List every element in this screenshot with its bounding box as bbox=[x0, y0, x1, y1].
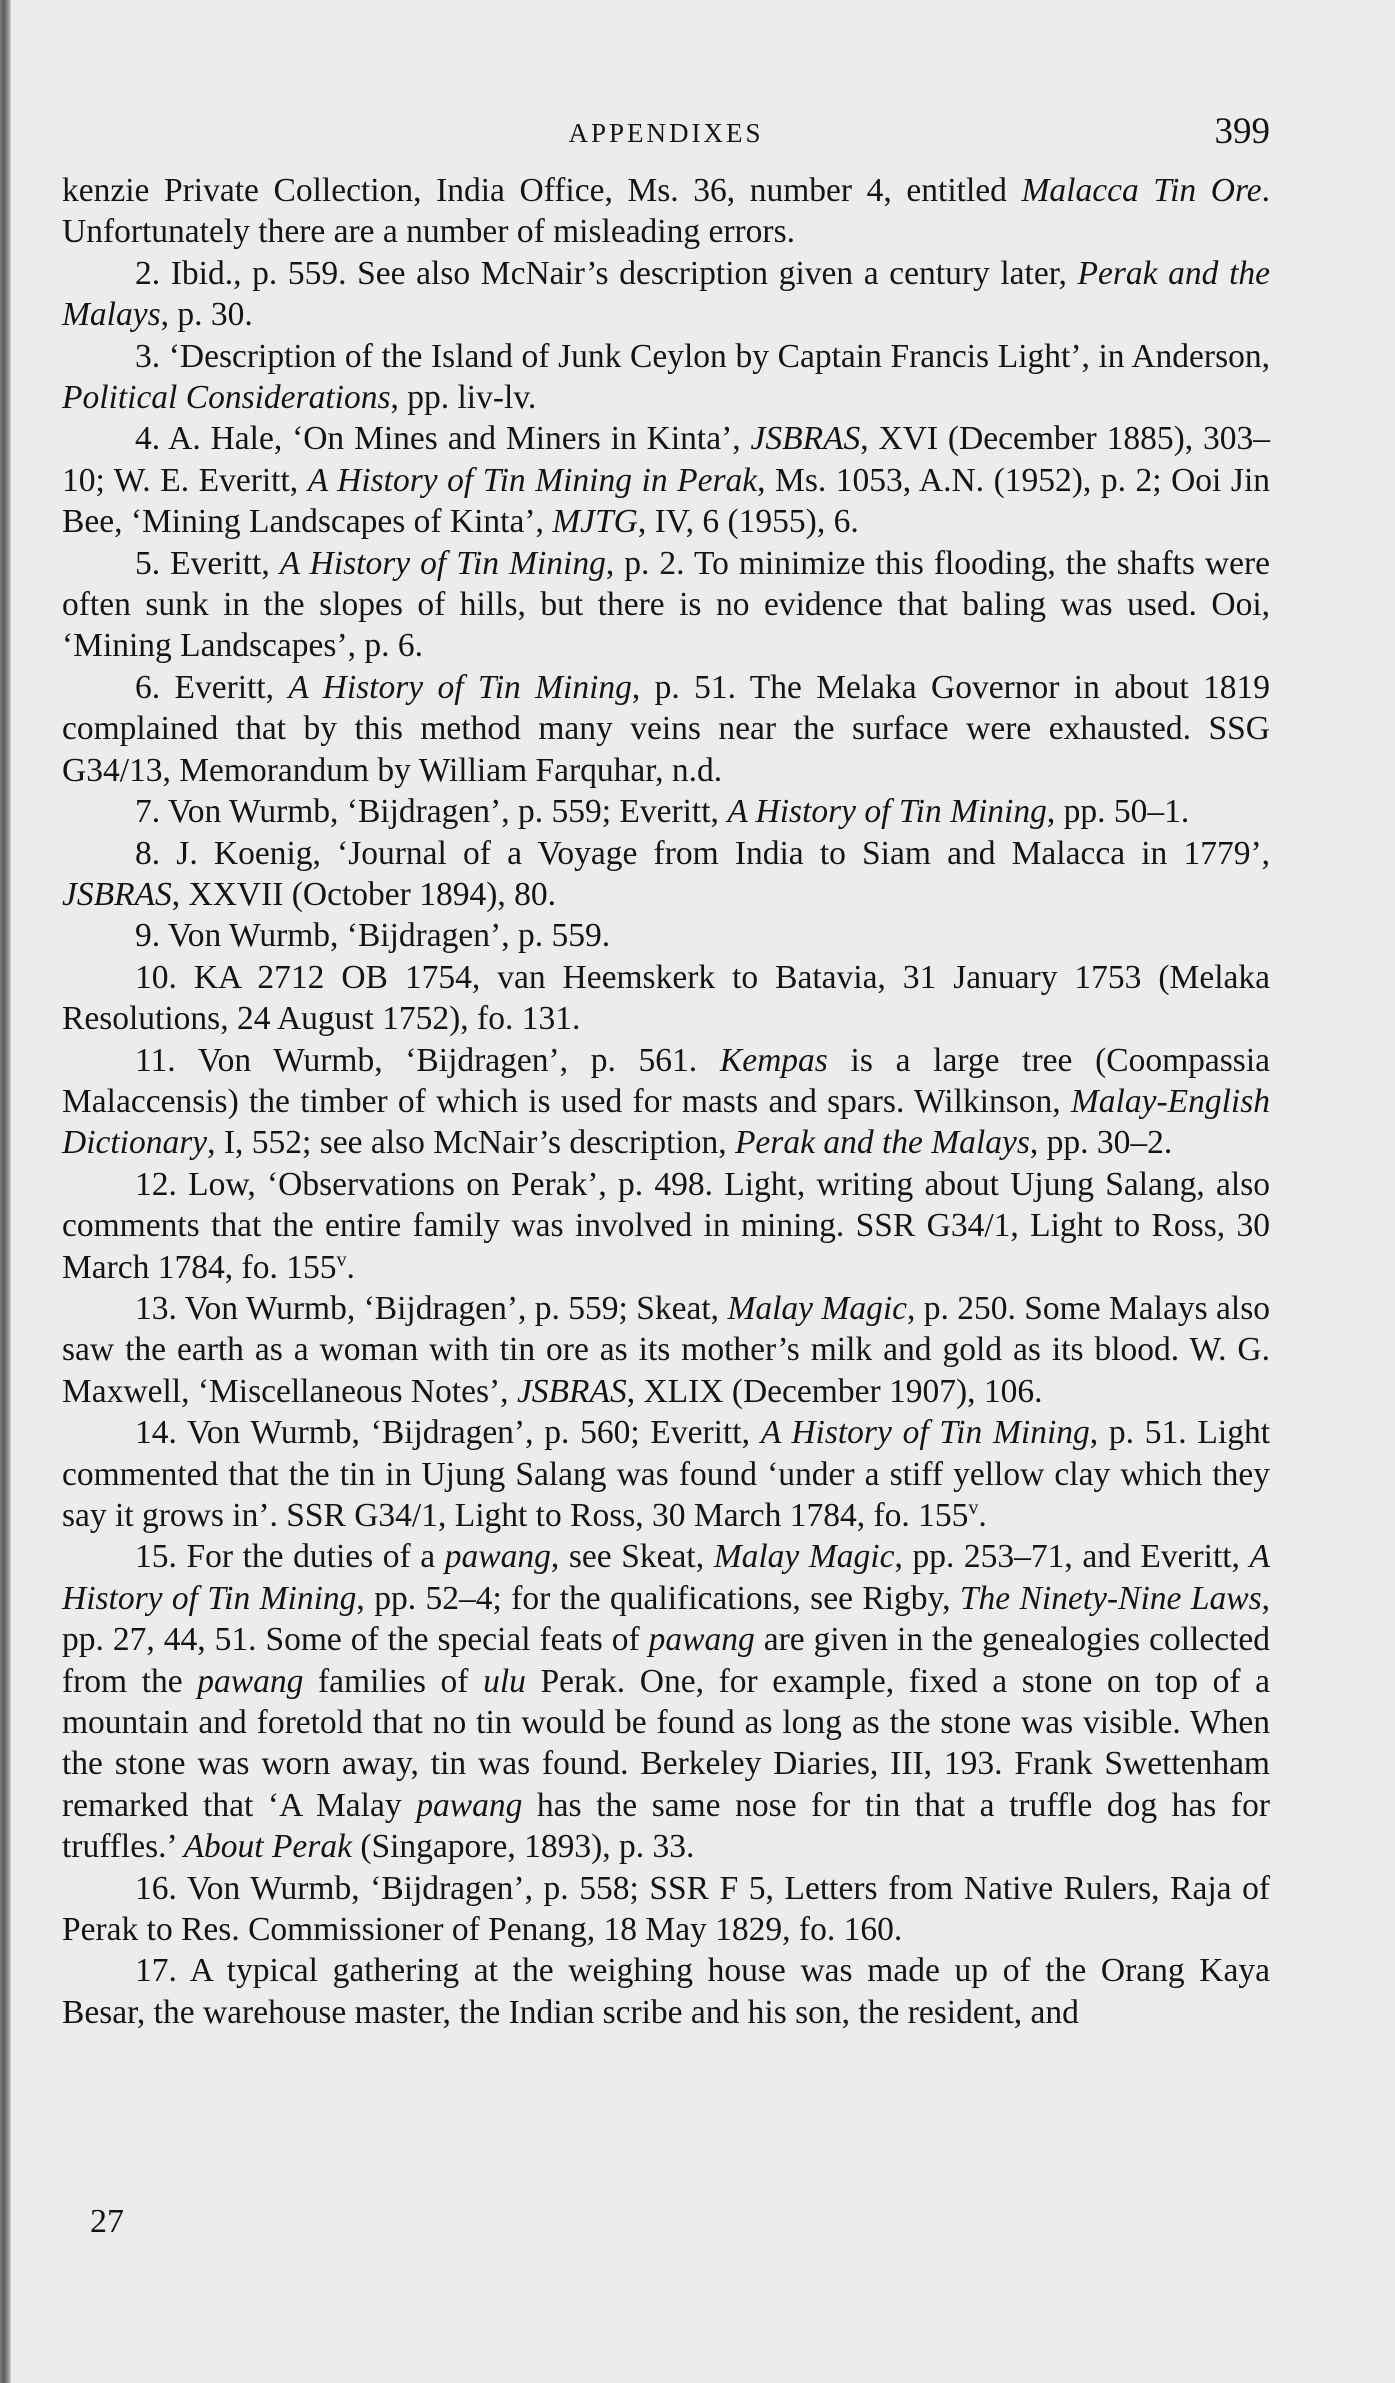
note-text: Everitt, bbox=[170, 545, 280, 582]
note-text: , pp. 52–4; for the qualifications, see … bbox=[356, 1580, 959, 1617]
italic-title: JSBRAS bbox=[62, 876, 172, 913]
endnote-number: 17. bbox=[135, 1952, 190, 1989]
endnotes-list: kenzie Private Collection, India Office,… bbox=[62, 170, 1270, 2033]
endnote-number: 3. bbox=[135, 338, 169, 375]
endnote: 6. Everitt, A History of Tin Mining, p. … bbox=[62, 667, 1270, 791]
endnote-number: 14. bbox=[135, 1414, 187, 1451]
endnote: 10. KA 2712 OB 1754, van Heemskerk to Ba… bbox=[62, 957, 1270, 1040]
page-binding-edge bbox=[0, 0, 11, 2383]
note-text: Low, ‘Observations on Perak’, p. 498. Li… bbox=[62, 1166, 1270, 1286]
italic-title: Perak and the Malays bbox=[735, 1124, 1030, 1161]
italic-title: Political Considerations bbox=[62, 379, 391, 416]
italic-title: pawang bbox=[445, 1538, 551, 1575]
endnote: 16. Von Wurmb, ‘Bijdragen’, p. 558; SSR … bbox=[62, 1868, 1270, 1951]
endnote-number: 2. bbox=[135, 255, 171, 292]
note-text: , pp. 30–2. bbox=[1030, 1124, 1172, 1161]
note-text: KA 2712 OB 1754, van Heemskerk to Batavi… bbox=[62, 959, 1270, 1037]
note-text: Ibid., p. 559. See also McNair’s descrip… bbox=[171, 255, 1078, 292]
endnote-number: 7. bbox=[135, 793, 168, 830]
note-text: Von Wurmb, ‘Bijdragen’, p. 558; SSR F 5,… bbox=[62, 1870, 1270, 1948]
note-text: , p. 30. bbox=[161, 296, 253, 333]
endnote: 4. A. Hale, ‘On Mines and Miners in Kint… bbox=[62, 418, 1270, 542]
endnote: 17. A typical gathering at the weighing … bbox=[62, 1950, 1270, 2033]
note-text: (Singapore, 1893), p. 33. bbox=[352, 1828, 694, 1865]
note-text: . bbox=[347, 1249, 355, 1286]
italic-title: MJTG bbox=[552, 503, 638, 540]
endnote: 14. Von Wurmb, ‘Bijdragen’, p. 560; Ever… bbox=[62, 1412, 1270, 1536]
note-text: A. Hale, ‘On Mines and Miners in Kinta’, bbox=[168, 420, 750, 457]
endnote: 13. Von Wurmb, ‘Bijdragen’, p. 559; Skea… bbox=[62, 1288, 1270, 1412]
italic-title: The Ninety-Nine Laws bbox=[960, 1580, 1262, 1617]
endnote: 9. Von Wurmb, ‘Bijdragen’, p. 559. bbox=[62, 915, 1270, 956]
endnote-number: 11. bbox=[135, 1042, 198, 1079]
endnote: 3. ‘Description of the Island of Junk Ce… bbox=[62, 336, 1270, 419]
superscript: v bbox=[968, 1497, 978, 1519]
endnote-number: 16. bbox=[135, 1870, 187, 1907]
endnote-number: 4. bbox=[135, 420, 168, 457]
superscript: v bbox=[336, 1249, 346, 1271]
note-text: A typical gathering at the weighing hous… bbox=[62, 1952, 1270, 2030]
endnote-number: 10. bbox=[135, 959, 194, 996]
note-text: Everitt, bbox=[175, 669, 289, 706]
italic-title: A History of Tin Mining bbox=[727, 793, 1047, 830]
running-title: APPENDIXES bbox=[62, 118, 1270, 149]
italic-title: Malay Magic bbox=[727, 1290, 907, 1327]
italic-title: Malay Magic bbox=[714, 1538, 895, 1575]
note-text: , pp. 50–1. bbox=[1047, 793, 1189, 830]
italic-title: A History of Tin Mining in Perak bbox=[308, 462, 757, 499]
note-text: , pp. liv-lv. bbox=[391, 379, 537, 416]
italic-title: pawang bbox=[197, 1663, 303, 1700]
page-number: 399 bbox=[1215, 110, 1271, 153]
italic-title: Kempas bbox=[720, 1042, 828, 1079]
italic-title: A History of Tin Mining bbox=[280, 545, 606, 582]
note-text: J. Koenig, ‘Journal of a Voyage from Ind… bbox=[176, 835, 1270, 872]
italic-title: About Perak bbox=[184, 1828, 352, 1865]
italic-title: A History of Tin Mining bbox=[288, 669, 632, 706]
endnote: kenzie Private Collection, India Office,… bbox=[62, 170, 1270, 253]
endnote-number: 8. bbox=[135, 835, 176, 872]
note-text: Von Wurmb, ‘Bijdragen’, p. 560; Everitt, bbox=[187, 1414, 761, 1451]
italic-title: A History of Tin Mining bbox=[761, 1414, 1090, 1451]
italic-title: JSBRAS bbox=[517, 1373, 627, 1410]
note-text: , I, 552; see also McNair’s description, bbox=[207, 1124, 735, 1161]
italic-title: pawang bbox=[416, 1787, 522, 1824]
endnote-number: 15. bbox=[135, 1538, 186, 1575]
note-text: , IV, 6 (1955), 6. bbox=[638, 503, 859, 540]
endnote: 15. For the duties of a pawang, see Skea… bbox=[62, 1536, 1270, 1867]
note-text: , XXVII (October 1894), 80. bbox=[172, 876, 556, 913]
note-text: , see Skeat, bbox=[551, 1538, 714, 1575]
endnote: 2. Ibid., p. 559. See also McNair’s desc… bbox=[62, 253, 1270, 336]
endnote: 7. Von Wurmb, ‘Bijdragen’, p. 559; Everi… bbox=[62, 791, 1270, 832]
endnote: 8. J. Koenig, ‘Journal of a Voyage from … bbox=[62, 833, 1270, 916]
note-text: Von Wurmb, ‘Bijdragen’, p. 559; Skeat, bbox=[185, 1290, 728, 1327]
note-text: Von Wurmb, ‘Bijdragen’, p. 561. bbox=[198, 1042, 720, 1079]
italic-title: Malacca Tin Ore bbox=[1022, 172, 1262, 209]
endnote-number: 6. bbox=[135, 669, 175, 706]
note-text: kenzie Private Collection, India Office,… bbox=[62, 172, 1022, 209]
endnote-number: 12. bbox=[135, 1166, 188, 1203]
note-text: , pp. 253–71, and Everitt, bbox=[894, 1538, 1249, 1575]
note-text: Von Wurmb, ‘Bijdragen’, p. 559. bbox=[168, 917, 610, 954]
endnote-number: 5. bbox=[135, 545, 170, 582]
note-text: For the duties of a bbox=[186, 1538, 444, 1575]
italic-title: ulu bbox=[483, 1663, 526, 1700]
note-text: . bbox=[978, 1497, 986, 1534]
note-text: families of bbox=[303, 1663, 483, 1700]
note-text: , XLIX (December 1907), 106. bbox=[627, 1373, 1043, 1410]
running-head: APPENDIXES 399 bbox=[62, 116, 1270, 156]
note-text: Von Wurmb, ‘Bijdragen’, p. 559; Everitt, bbox=[168, 793, 727, 830]
endnote: 11. Von Wurmb, ‘Bijdragen’, p. 561. Kemp… bbox=[62, 1040, 1270, 1164]
endnote-number: 13. bbox=[135, 1290, 185, 1327]
endnote-number: 9. bbox=[135, 917, 168, 954]
italic-title: pawang bbox=[649, 1621, 755, 1658]
italic-title: JSBRAS bbox=[750, 420, 860, 457]
endnote: 12. Low, ‘Observations on Perak’, p. 498… bbox=[62, 1164, 1270, 1288]
note-text: ‘Description of the Island of Junk Ceylo… bbox=[169, 338, 1270, 375]
endnote: 5. Everitt, A History of Tin Mining, p. … bbox=[62, 543, 1270, 667]
signature-mark: 27 bbox=[90, 2203, 124, 2241]
